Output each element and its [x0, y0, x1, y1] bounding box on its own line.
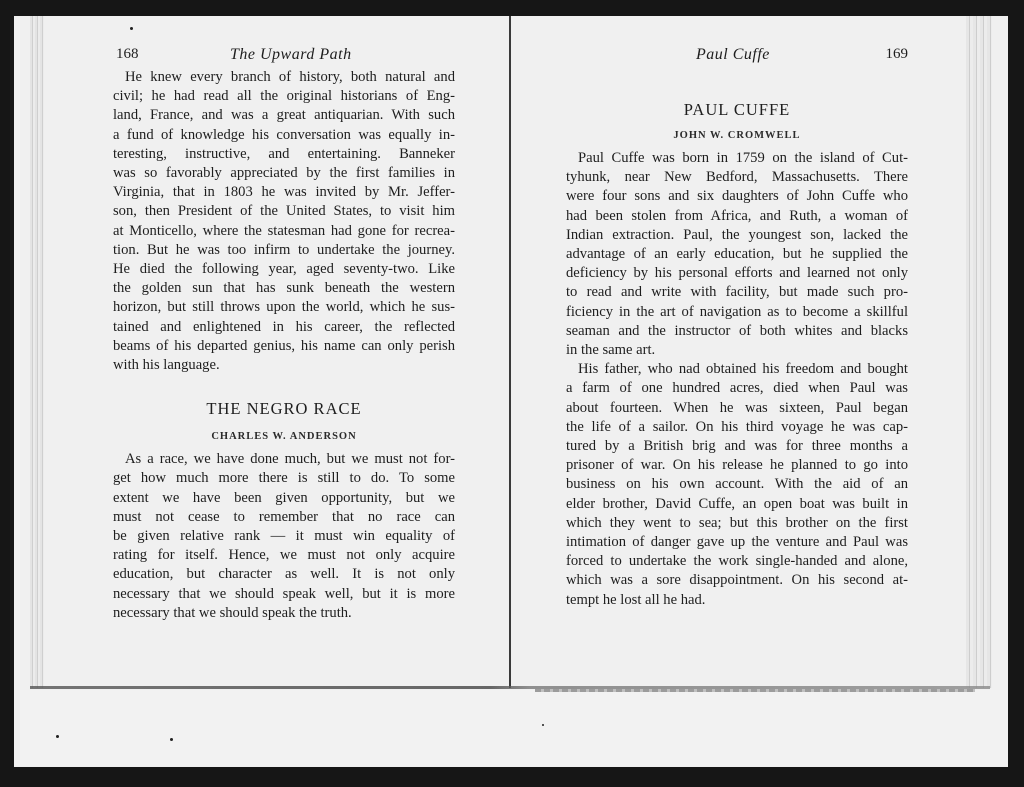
text-line: teresting, instructive, and entertaining…	[113, 145, 455, 164]
book-gutter	[509, 16, 511, 688]
text-line: civil; he had read all the original hist…	[113, 87, 455, 106]
text-line: Indian extraction. Paul, the youngest so…	[566, 226, 908, 245]
text-line: horizon, but still throws upon the world…	[113, 298, 455, 317]
text-line: rating for itself. Hence, we must not on…	[113, 546, 455, 565]
text-line: son, then President of the United States…	[113, 202, 455, 221]
text-line: get how much more there is still to do. …	[113, 469, 455, 488]
text-line: forced to undertake the work single-hand…	[566, 552, 908, 571]
text-line: He died the following year, aged seventy…	[113, 260, 455, 279]
section-author: JOHN W. CROMWELL	[566, 130, 908, 141]
right-page-edge-stack	[966, 16, 992, 688]
section-title: PAUL CUFFE	[566, 100, 908, 120]
text-line: with his language.	[113, 356, 455, 375]
running-title: Paul Cuffe	[696, 46, 770, 64]
negro-race-paragraph: As a race, we have done much, but we mus…	[113, 450, 455, 623]
text-line: a farm of one hundred acres, died when P…	[566, 379, 908, 398]
text-line: at Monticello, where the statesman had g…	[113, 222, 455, 241]
text-line: necessary that we should speak the truth…	[113, 604, 455, 623]
text-line: necessary that we should speak well, but…	[113, 585, 455, 604]
text-line: tion. But he was too infirm to undertake…	[113, 241, 455, 260]
text-line: prisoner of war. On his release he plann…	[566, 456, 908, 475]
left-page-edge-stack	[30, 16, 44, 688]
text-line: the golden sun that has sunk beneath the…	[113, 279, 455, 298]
text-line: tained and enlightened in his career, th…	[113, 318, 455, 337]
text-line: about fourteen. When he was sixteen, Pau…	[566, 399, 908, 418]
text-line: in the same art.	[566, 341, 908, 360]
cuffe-paragraph-1: Paul Cuffe was born in 1759 on the islan…	[566, 149, 908, 360]
text-line: must not cease to remember that no race …	[113, 508, 455, 527]
text-line: He knew every branch of history, both na…	[113, 68, 455, 87]
page-number: 168	[116, 46, 139, 63]
scan-speck	[542, 724, 544, 726]
text-line: land, France, and was a great antiquaria…	[113, 106, 455, 125]
scan-speck	[130, 27, 133, 30]
text-line: seaman and the instructor of both whites…	[566, 322, 908, 341]
text-line: intimation of danger gave up the venture…	[566, 533, 908, 552]
text-line: tempt he lost all he had.	[566, 591, 908, 610]
right-running-head: Paul Cuffe 169	[566, 46, 908, 70]
text-line: education, but character as well. It is …	[113, 565, 455, 584]
page-number: 169	[886, 46, 909, 63]
text-line: tyhunk, near New Bedford, Massachusetts.…	[566, 168, 908, 187]
page-bottom-edge-shadow	[535, 689, 975, 692]
text-line: As a race, we have done much, but we mus…	[113, 450, 455, 469]
text-line: business on his own account. With the ai…	[566, 475, 908, 494]
section-author: CHARLES W. ANDERSON	[113, 431, 455, 442]
right-page: Paul Cuffe 169 PAUL CUFFE JOHN W. CROMWE…	[566, 46, 908, 610]
text-line: be given relative rank — it must win equ…	[113, 527, 455, 546]
text-line: ficiency in the art of navigation as to …	[566, 303, 908, 322]
text-line: to read and write with facility, but mad…	[566, 283, 908, 302]
text-line: which they went to sea; but this brother…	[566, 514, 908, 533]
text-line: the life of a sailor. On his third voyag…	[566, 418, 908, 437]
paper-bottom-margin	[14, 690, 1008, 766]
banneker-paragraph: He knew every branch of history, both na…	[113, 68, 455, 375]
text-line: advantage of an early education, but he …	[566, 245, 908, 264]
text-line: Paul Cuffe was born in 1759 on the islan…	[566, 149, 908, 168]
left-running-head: 168 The Upward Path	[113, 46, 455, 70]
text-line: had been stolen from Africa, and Ruth, a…	[566, 207, 908, 226]
text-line: were four sons and six daughters of John…	[566, 187, 908, 206]
left-page: 168 The Upward Path He knew every branch…	[113, 46, 455, 623]
section-title: THE NEGRO RACE	[113, 399, 455, 419]
text-line: Virginia, that in 1803 he was invited by…	[113, 183, 455, 202]
text-line: elder brother, David Cuffe, an open boat…	[566, 495, 908, 514]
text-line: extent we have been given opportunity, b…	[113, 489, 455, 508]
text-line: beams of his departed genius, his name c…	[113, 337, 455, 356]
text-line: His father, who nad obtained his freedom…	[566, 360, 908, 379]
text-line: a fund of knowledge his conversation was…	[113, 126, 455, 145]
cuffe-paragraph-2: His father, who nad obtained his freedom…	[566, 360, 908, 610]
scan-speck	[170, 738, 173, 741]
text-line: tured by a British brig and was for thre…	[566, 437, 908, 456]
text-line: deficiency by his personal efforts and l…	[566, 264, 908, 283]
text-line: was so favorably appreciated by the firs…	[113, 164, 455, 183]
scan-speck	[56, 735, 59, 738]
running-title: The Upward Path	[230, 46, 352, 64]
text-line: which was a sore disappointment. On his …	[566, 571, 908, 590]
